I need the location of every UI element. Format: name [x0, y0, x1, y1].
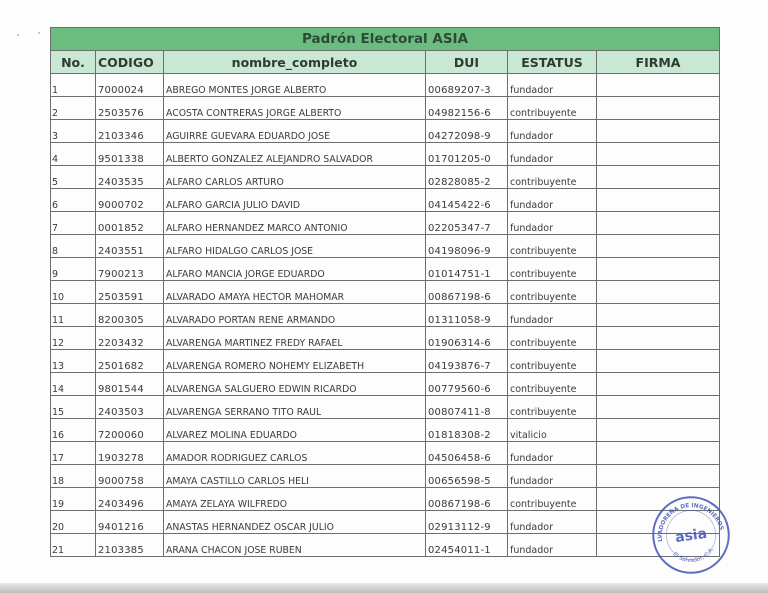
signature-cell: [597, 258, 720, 281]
member-status: fundador: [508, 534, 597, 557]
dui-number: 01701205-0: [426, 143, 508, 166]
row-number: 18: [51, 465, 96, 488]
row-number: 4: [51, 143, 96, 166]
table-row: 70001852ALFARO HERNANDEZ MARCO ANTONIO02…: [51, 212, 720, 235]
row-number: 7: [51, 212, 96, 235]
signature-cell: [597, 373, 720, 396]
column-header-codigo: CODIGO: [96, 51, 164, 74]
signature-cell: [597, 212, 720, 235]
full-name: ALVARADO AMAYA HECTOR MAHOMAR: [164, 281, 426, 304]
full-name: ARANA CHACON JOSE RUBEN: [164, 534, 426, 557]
column-header-dui: DUI: [426, 51, 508, 74]
full-name: ALVARENGA ROMERO NOHEMY ELIZABETH: [164, 350, 426, 373]
dui-number: 04272098-9: [426, 120, 508, 143]
member-code: 9000702: [96, 189, 164, 212]
signature-cell: [597, 143, 720, 166]
signature-cell: [597, 327, 720, 350]
full-name: ALVARENGA MARTINEZ FREDY RAFAEL: [164, 327, 426, 350]
member-status: contribuyente: [508, 258, 597, 281]
dui-number: 00779560-6: [426, 373, 508, 396]
table-row: 52403535ALFARO CARLOS ARTURO02828085-2co…: [51, 166, 720, 189]
full-name: ALFARO CARLOS ARTURO: [164, 166, 426, 189]
table-row: 118200305ALVARADO PORTAN RENE ARMANDO013…: [51, 304, 720, 327]
dui-number: 02828085-2: [426, 166, 508, 189]
member-code: 7200060: [96, 419, 164, 442]
row-number: 15: [51, 396, 96, 419]
dui-number: 04193876-7: [426, 350, 508, 373]
member-status: fundador: [508, 120, 597, 143]
table-row: 132501682ALVARENGA ROMERO NOHEMY ELIZABE…: [51, 350, 720, 373]
row-number: 11: [51, 304, 96, 327]
row-number: 5: [51, 166, 96, 189]
row-number: 9: [51, 258, 96, 281]
row-number: 17: [51, 442, 96, 465]
member-code: 9501338: [96, 143, 164, 166]
table-row: 171903278AMADOR RODRIGUEZ CARLOS04506458…: [51, 442, 720, 465]
table-row: 122203432ALVARENGA MARTINEZ FREDY RAFAEL…: [51, 327, 720, 350]
member-status: fundador: [508, 511, 597, 534]
table-row: 152403503ALVARENGA SERRANO TITO RAUL0080…: [51, 396, 720, 419]
row-number: 14: [51, 373, 96, 396]
full-name: ALFARO GARCIA JULIO DAVID: [164, 189, 426, 212]
full-name: ACOSTA CONTRERAS JORGE ALBERTO: [164, 97, 426, 120]
member-status: contribuyente: [508, 350, 597, 373]
table-row: 82403551ALFARO HIDALGO CARLOS JOSE041980…: [51, 235, 720, 258]
signature-cell: [597, 281, 720, 304]
full-name: AMADOR RODRIGUEZ CARLOS: [164, 442, 426, 465]
member-code: 2503591: [96, 281, 164, 304]
dui-number: 02913112-9: [426, 511, 508, 534]
member-code: 7000024: [96, 74, 164, 97]
full-name: ABREGO MONTES JORGE ALBERTO: [164, 74, 426, 97]
full-name: ALFARO HERNANDEZ MARCO ANTONIO: [164, 212, 426, 235]
member-status: contribuyente: [508, 97, 597, 120]
member-status: contribuyente: [508, 281, 597, 304]
table-row: 32103346AGUIRRE GUEVARA EDUARDO JOSE0427…: [51, 120, 720, 143]
member-code: 2503576: [96, 97, 164, 120]
table-title-row: Padrón Electoral ASIA: [51, 28, 720, 51]
row-number: 19: [51, 488, 96, 511]
full-name: ALVARENGA SERRANO TITO RAUL: [164, 396, 426, 419]
full-name: ALVAREZ MOLINA EDUARDO: [164, 419, 426, 442]
dui-number: 01014751-1: [426, 258, 508, 281]
stamp-ring-bottom-text: El Salvador, C.A.: [671, 546, 717, 567]
signature-cell: [597, 419, 720, 442]
member-code: 2403535: [96, 166, 164, 189]
column-header-no: No.: [51, 51, 96, 74]
member-code: 9801544: [96, 373, 164, 396]
dui-number: 04145422-6: [426, 189, 508, 212]
member-status: fundador: [508, 74, 597, 97]
dui-number: 00656598-5: [426, 465, 508, 488]
dui-number: 01311058-9: [426, 304, 508, 327]
dui-number: 04506458-6: [426, 442, 508, 465]
row-number: 1: [51, 74, 96, 97]
column-header-firma: FIRMA: [597, 51, 720, 74]
full-name: ALFARO MANCIA JORGE EDUARDO: [164, 258, 426, 281]
member-code: 2501682: [96, 350, 164, 373]
table-row: 192403496AMAYA ZELAYA WILFREDO00867198-6…: [51, 488, 720, 511]
dui-number: 00807411-8: [426, 396, 508, 419]
member-code: 2103385: [96, 534, 164, 557]
dui-number: 02205347-7: [426, 212, 508, 235]
member-code: 9401216: [96, 511, 164, 534]
member-status: vitalicio: [508, 419, 597, 442]
row-number: 20: [51, 511, 96, 534]
dui-number: 01818308-2: [426, 419, 508, 442]
column-header-nombre: nombre_completo: [164, 51, 426, 74]
member-status: contribuyente: [508, 166, 597, 189]
member-status: fundador: [508, 143, 597, 166]
column-header-row: No. CODIGO nombre_completo DUI ESTATUS F…: [51, 51, 720, 74]
dui-number: 00689207-3: [426, 74, 508, 97]
member-status: contribuyente: [508, 327, 597, 350]
signature-cell: [597, 97, 720, 120]
member-code: 2403503: [96, 396, 164, 419]
table-row: 49501338ALBERTO GONZALEZ ALEJANDRO SALVA…: [51, 143, 720, 166]
member-status: fundador: [508, 212, 597, 235]
table-row: 212103385ARANA CHACON JOSE RUBEN02454011…: [51, 534, 720, 557]
full-name: ALVARADO PORTAN RENE ARMANDO: [164, 304, 426, 327]
signature-cell: [597, 465, 720, 488]
full-name: ALBERTO GONZALEZ ALEJANDRO SALVADOR: [164, 143, 426, 166]
member-code: 2403551: [96, 235, 164, 258]
scanned-page: Padrón Electoral ASIA No. CODIGO nombre_…: [0, 0, 768, 593]
page-edge-shadow: [0, 583, 768, 593]
row-number: 6: [51, 189, 96, 212]
member-code: 1903278: [96, 442, 164, 465]
table-row: 69000702ALFARO GARCIA JULIO DAVID0414542…: [51, 189, 720, 212]
row-number: 2: [51, 97, 96, 120]
dui-number: 04198096-9: [426, 235, 508, 258]
member-code: 9000758: [96, 465, 164, 488]
full-name: AMAYA ZELAYA WILFREDO: [164, 488, 426, 511]
electoral-roll-table: Padrón Electoral ASIA No. CODIGO nombre_…: [50, 27, 720, 557]
table-row: 102503591ALVARADO AMAYA HECTOR MAHOMAR00…: [51, 281, 720, 304]
member-code: 2403496: [96, 488, 164, 511]
member-status: contribuyente: [508, 235, 597, 258]
row-number: 10: [51, 281, 96, 304]
signature-cell: [597, 304, 720, 327]
scan-speck: [17, 34, 19, 36]
member-status: fundador: [508, 189, 597, 212]
member-status: contribuyente: [508, 488, 597, 511]
dui-number: 00867198-6: [426, 281, 508, 304]
signature-cell: [597, 235, 720, 258]
table-row: 17000024ABREGO MONTES JORGE ALBERTO00689…: [51, 74, 720, 97]
full-name: ALFARO HIDALGO CARLOS JOSE: [164, 235, 426, 258]
member-status: contribuyente: [508, 373, 597, 396]
member-status: contribuyente: [508, 396, 597, 419]
member-status: fundador: [508, 304, 597, 327]
member-code: 2203432: [96, 327, 164, 350]
stamp-center-text: asia: [674, 526, 708, 546]
full-name: ALVARENGA SALGUERO EDWIN RICARDO: [164, 373, 426, 396]
dui-number: 01906314-6: [426, 327, 508, 350]
signature-cell: [597, 350, 720, 373]
full-name: ANASTAS HERNANDEZ OSCAR JULIO: [164, 511, 426, 534]
member-status: fundador: [508, 465, 597, 488]
signature-cell: [597, 120, 720, 143]
member-code: 2103346: [96, 120, 164, 143]
dui-number: 00867198-6: [426, 488, 508, 511]
row-number: 21: [51, 534, 96, 557]
signature-cell: [597, 74, 720, 97]
table-row: 149801544ALVARENGA SALGUERO EDWIN RICARD…: [51, 373, 720, 396]
dui-number: 04982156-6: [426, 97, 508, 120]
table-row: 97900213ALFARO MANCIA JORGE EDUARDO01014…: [51, 258, 720, 281]
row-number: 16: [51, 419, 96, 442]
scan-speck: [38, 32, 40, 34]
svg-text:El Salvador, C.A.: El Salvador, C.A.: [671, 546, 717, 567]
table-row: 22503576ACOSTA CONTRERAS JORGE ALBERTO04…: [51, 97, 720, 120]
table-row: 209401216ANASTAS HERNANDEZ OSCAR JULIO02…: [51, 511, 720, 534]
signature-cell: [597, 166, 720, 189]
member-code: 7900213: [96, 258, 164, 281]
column-header-estatus: ESTATUS: [508, 51, 597, 74]
signature-cell: [597, 442, 720, 465]
dui-number: 02454011-1: [426, 534, 508, 557]
row-number: 8: [51, 235, 96, 258]
organization-seal-stamp: ASOCIACIÓN SALVADOREÑA DE INGENIEROS Y A…: [645, 489, 738, 582]
document-title: Padrón Electoral ASIA: [51, 28, 720, 51]
table-row: 189000758AMAYA CASTILLO CARLOS HELI00656…: [51, 465, 720, 488]
table-body: 17000024ABREGO MONTES JORGE ALBERTO00689…: [51, 74, 720, 557]
full-name: AMAYA CASTILLO CARLOS HELI: [164, 465, 426, 488]
member-status: fundador: [508, 442, 597, 465]
row-number: 12: [51, 327, 96, 350]
member-code: 8200305: [96, 304, 164, 327]
table-row: 167200060ALVAREZ MOLINA EDUARDO01818308-…: [51, 419, 720, 442]
full-name: AGUIRRE GUEVARA EDUARDO JOSE: [164, 120, 426, 143]
signature-cell: [597, 396, 720, 419]
row-number: 13: [51, 350, 96, 373]
signature-cell: [597, 189, 720, 212]
row-number: 3: [51, 120, 96, 143]
member-code: 0001852: [96, 212, 164, 235]
